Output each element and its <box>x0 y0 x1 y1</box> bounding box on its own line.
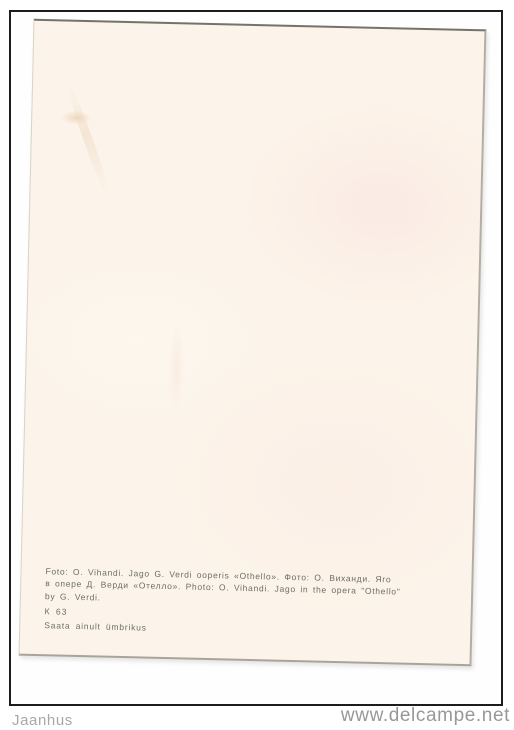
postcard-scan: Foto: O. Vihandi. Jago G. Verdi ooperis … <box>19 19 487 666</box>
scanned-postcard-page: Foto: O. Vihandi. Jago G. Verdi ooperis … <box>0 0 514 730</box>
postcard-caption: Foto: O. Vihandi. Jago G. Verdi ooperis … <box>44 565 463 641</box>
site-watermark: www.delcampe.net <box>341 705 510 727</box>
seller-watermark: Jaanhus <box>12 712 73 729</box>
crease-mark <box>64 82 113 198</box>
